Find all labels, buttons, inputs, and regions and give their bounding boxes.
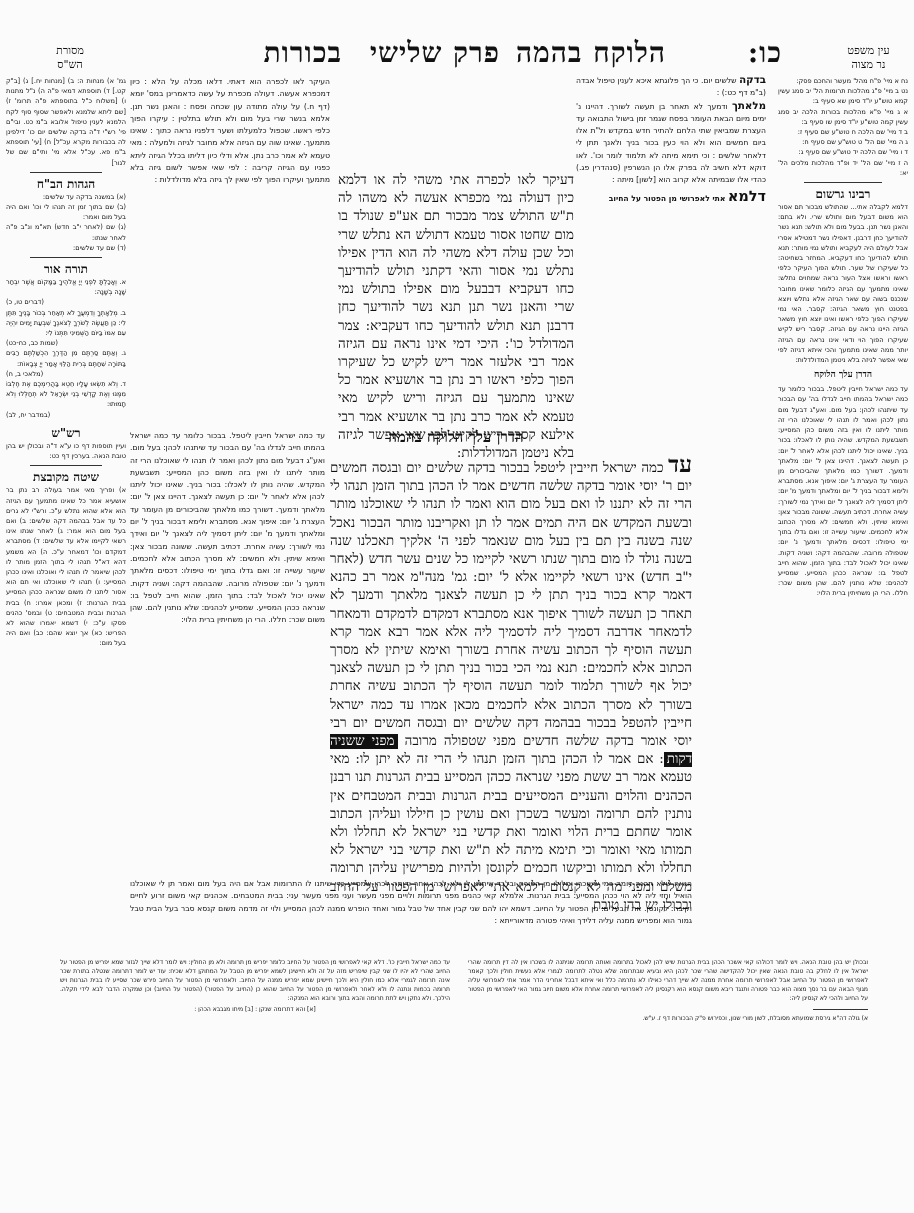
tosafot-dibbur-hamatchil: דלמא [728, 189, 766, 205]
torah-or-ref: (במדבר יח, לב) [6, 410, 126, 420]
inner-left-commentary: עד כמה ישראל חייבין ליטפל. בבכור כלומר ע… [130, 430, 325, 627]
shita-title: שיטה מקובצת [6, 470, 126, 485]
gemara-block-1: דעיקר לאו לכפרה אתי משהי לה או דלמא כיון… [338, 172, 574, 463]
ein-mishpat-entry: נח א מיי' פ"ח מהל' מעשר והחכם פסק: [778, 76, 908, 86]
rabbeinu-gershom-title: רבינו גרשום [778, 187, 908, 202]
hagahot-entry: (ג) שם (לאחר י"ב חדש) תא"מ ונ"ב פ"ה לאחר… [6, 222, 126, 242]
ein-mishpat-column: נח א מיי' פ"ח מהל' מעשר והחכם פסק: נט ב … [778, 76, 908, 599]
tosafot-bottom-left-text: עד כמה ישראל חייבין כו'. דלא קאי לאפרושי… [60, 958, 450, 1003]
ornament-divider [30, 172, 102, 173]
shita-text: א) ופריך מאי אמר בעולה רב נתן בר אושעיא … [6, 485, 126, 648]
tosafot-text: אתי לאפרושי מן הפטור על החיוב [609, 194, 726, 203]
rashi-continuation: עד כמה ישראל חייבין ליטפל. בבכור כלומר ע… [778, 384, 908, 598]
daf-number: כו: [748, 36, 782, 70]
rashi-text: העיקר לאו לכפרה הוא דאתי. דלאו מכלה על ה… [130, 76, 330, 187]
ornament-divider [804, 182, 882, 183]
hagahot-entry: (ד) שם עד שלשים: [6, 243, 126, 253]
masoret-title: מסורת [40, 44, 100, 58]
rashash-text: ועיין תוספות דף כו ע"א ד"ה ובכולן יש בהן… [6, 441, 126, 461]
ein-mishpat-entry: ב ד מיי' שם הלכה ח טוש"ע שם סעיף ז: [778, 127, 908, 137]
torah-or-ref: (שמות כב, כח-כט) [6, 338, 126, 348]
torah-or-verse: א. וְאָכַלְתָּ לִפְנֵי יְיָ אֱלֹהֶיךָ בַ… [6, 277, 126, 297]
rabbeinu-gershom-text: דלמא לקבלה אתי... שהתולש מבכור תם אסור ה… [778, 202, 908, 365]
ein-mishpat-entry: ד ו מיי' שם הלכה יד טוש"ע שם סעיף ג: [778, 147, 908, 157]
hagahot-entry: (ב) שם בתוך זמן זה תנהו לי וכו' ואם היה … [6, 202, 126, 222]
left-margin-column: גמ' א) מנחות ה: ב) [מנחות יח.] ג) [ב"ק ק… [6, 76, 126, 649]
tosafot-bottom-left-notes: [א] והא דתרומה שנקן : [ב] מיתו מגבבא הכה… [60, 1005, 450, 1014]
chapter-number: פרק שלישי [370, 36, 500, 70]
mishnah-opening-word: עד [668, 452, 692, 478]
torah-or-verse: ב. מְלֵאָתְךָ וְדִמְעֲךָ לֹא תְאַחֵר בְּ… [6, 308, 126, 339]
chapter-name: הלוקח בהמה [516, 36, 666, 70]
torah-or-verse: ד. וְלֹא תִשְׂאוּ עָלָיו חֵטְא בַּהֲרִימ… [6, 379, 126, 410]
ein-mishpat-entry: ה ז מיי' שם הל' יד ופ"ד מהלכות מלכים הל'… [778, 158, 908, 178]
ein-mishpat-entry: נט ב מיי' פ"ג מהלכות תרומות הל' יב סמג ע… [778, 86, 908, 106]
tosafot-bottom-left: עד כמה ישראל חייבין כו'. דלא קאי לאפרושי… [60, 958, 450, 1014]
ein-mishpat-label: עין משפט נר מצוה [831, 44, 906, 72]
tosafot-text: שלשים יום. כי הך פלוגתא איכא לענין טיפול… [576, 76, 766, 97]
footnote: א) גולה דה"א גירסת שמועתא מסובלת, לשון מ… [468, 1014, 868, 1023]
rashi-bottom: הנאה שלא תהנה דומה כמי ששוכרו ומלילו מן … [130, 878, 692, 927]
tosafot-bottom-right: ובכולן יש בהן טובת הנאה. ויש לומר דכולהו… [468, 958, 868, 1023]
mishnah-text: כמה ישראל חייבין ליטפל בבכור בדקה שלשים … [330, 461, 692, 749]
masoret-label: מסורת הש"ס [40, 44, 100, 72]
tractate-name: בכורות [264, 36, 342, 70]
ein-mishpat-title: עין משפט [831, 44, 906, 58]
hagahot-title: הגהות הב"ח [6, 177, 126, 192]
rashash-title: רש"ש [6, 426, 126, 441]
torah-or-ref: (מלאכי ב, ח) [6, 369, 126, 379]
hadran-heading: הדרן עלך הלוקח בהמה [338, 428, 574, 447]
tosafot-top: בדקה שלשים יום. כי הך פלוגתא איכא לענין … [576, 74, 766, 205]
ornament-divider [30, 465, 102, 466]
torah-or-verse: ג. וְאַתֶּם סַרְתֶּם מִן הַדֶּרֶךְ הִכְש… [6, 348, 126, 368]
hadran-small: הדרן עלך הלוקח [778, 369, 908, 380]
ein-mishpat-entry: ג ה מיי' שם הל' ט טוש"ע שם סעיף ח: [778, 137, 908, 147]
masoret-entries: גמ' א) מנחות ה: ב) [מנחות יח.] ג) [ב"ק ק… [6, 76, 126, 168]
footnote-divider [813, 1009, 868, 1010]
tosafot-dibbur-hamatchil: מלאתך [732, 100, 766, 112]
inner-left-text: עד כמה ישראל חייבין ליטפל. בבכור כלומר ע… [130, 430, 325, 627]
torah-or-title: תורה אור [6, 262, 126, 277]
rashi-top: העיקר לאו לכפרה הוא דאתי. דלאו מכלה על ה… [130, 76, 330, 187]
ein-mishpat-entry: א ג מיי' פ"א מהלכות בכורות הלכה יב סמג ע… [778, 107, 908, 127]
tosafot-text: ודמעך לא תאחר בן תעשה לשורך. דהיינו נ' י… [576, 102, 766, 185]
ornament-divider [30, 257, 102, 258]
tosafot-dibbur-hamatchil: בדקה [739, 74, 766, 86]
hashas-title: הש"ס [40, 58, 100, 72]
ner-mitzvah-title: נר מצוה [831, 58, 906, 72]
hagahot-entry: (א) במשנה בדקה עד שלשים: [6, 192, 126, 202]
gemara-main: עד כמה ישראל חייבין ליטפל בבכור בדקה שלש… [330, 456, 692, 915]
torah-or-ref: (דברים טו, כ) [6, 297, 126, 307]
tosafot-bottom-right-text: ובכולן יש בהן טובת הנאה. ויש לומר דכולהו… [468, 958, 868, 1003]
